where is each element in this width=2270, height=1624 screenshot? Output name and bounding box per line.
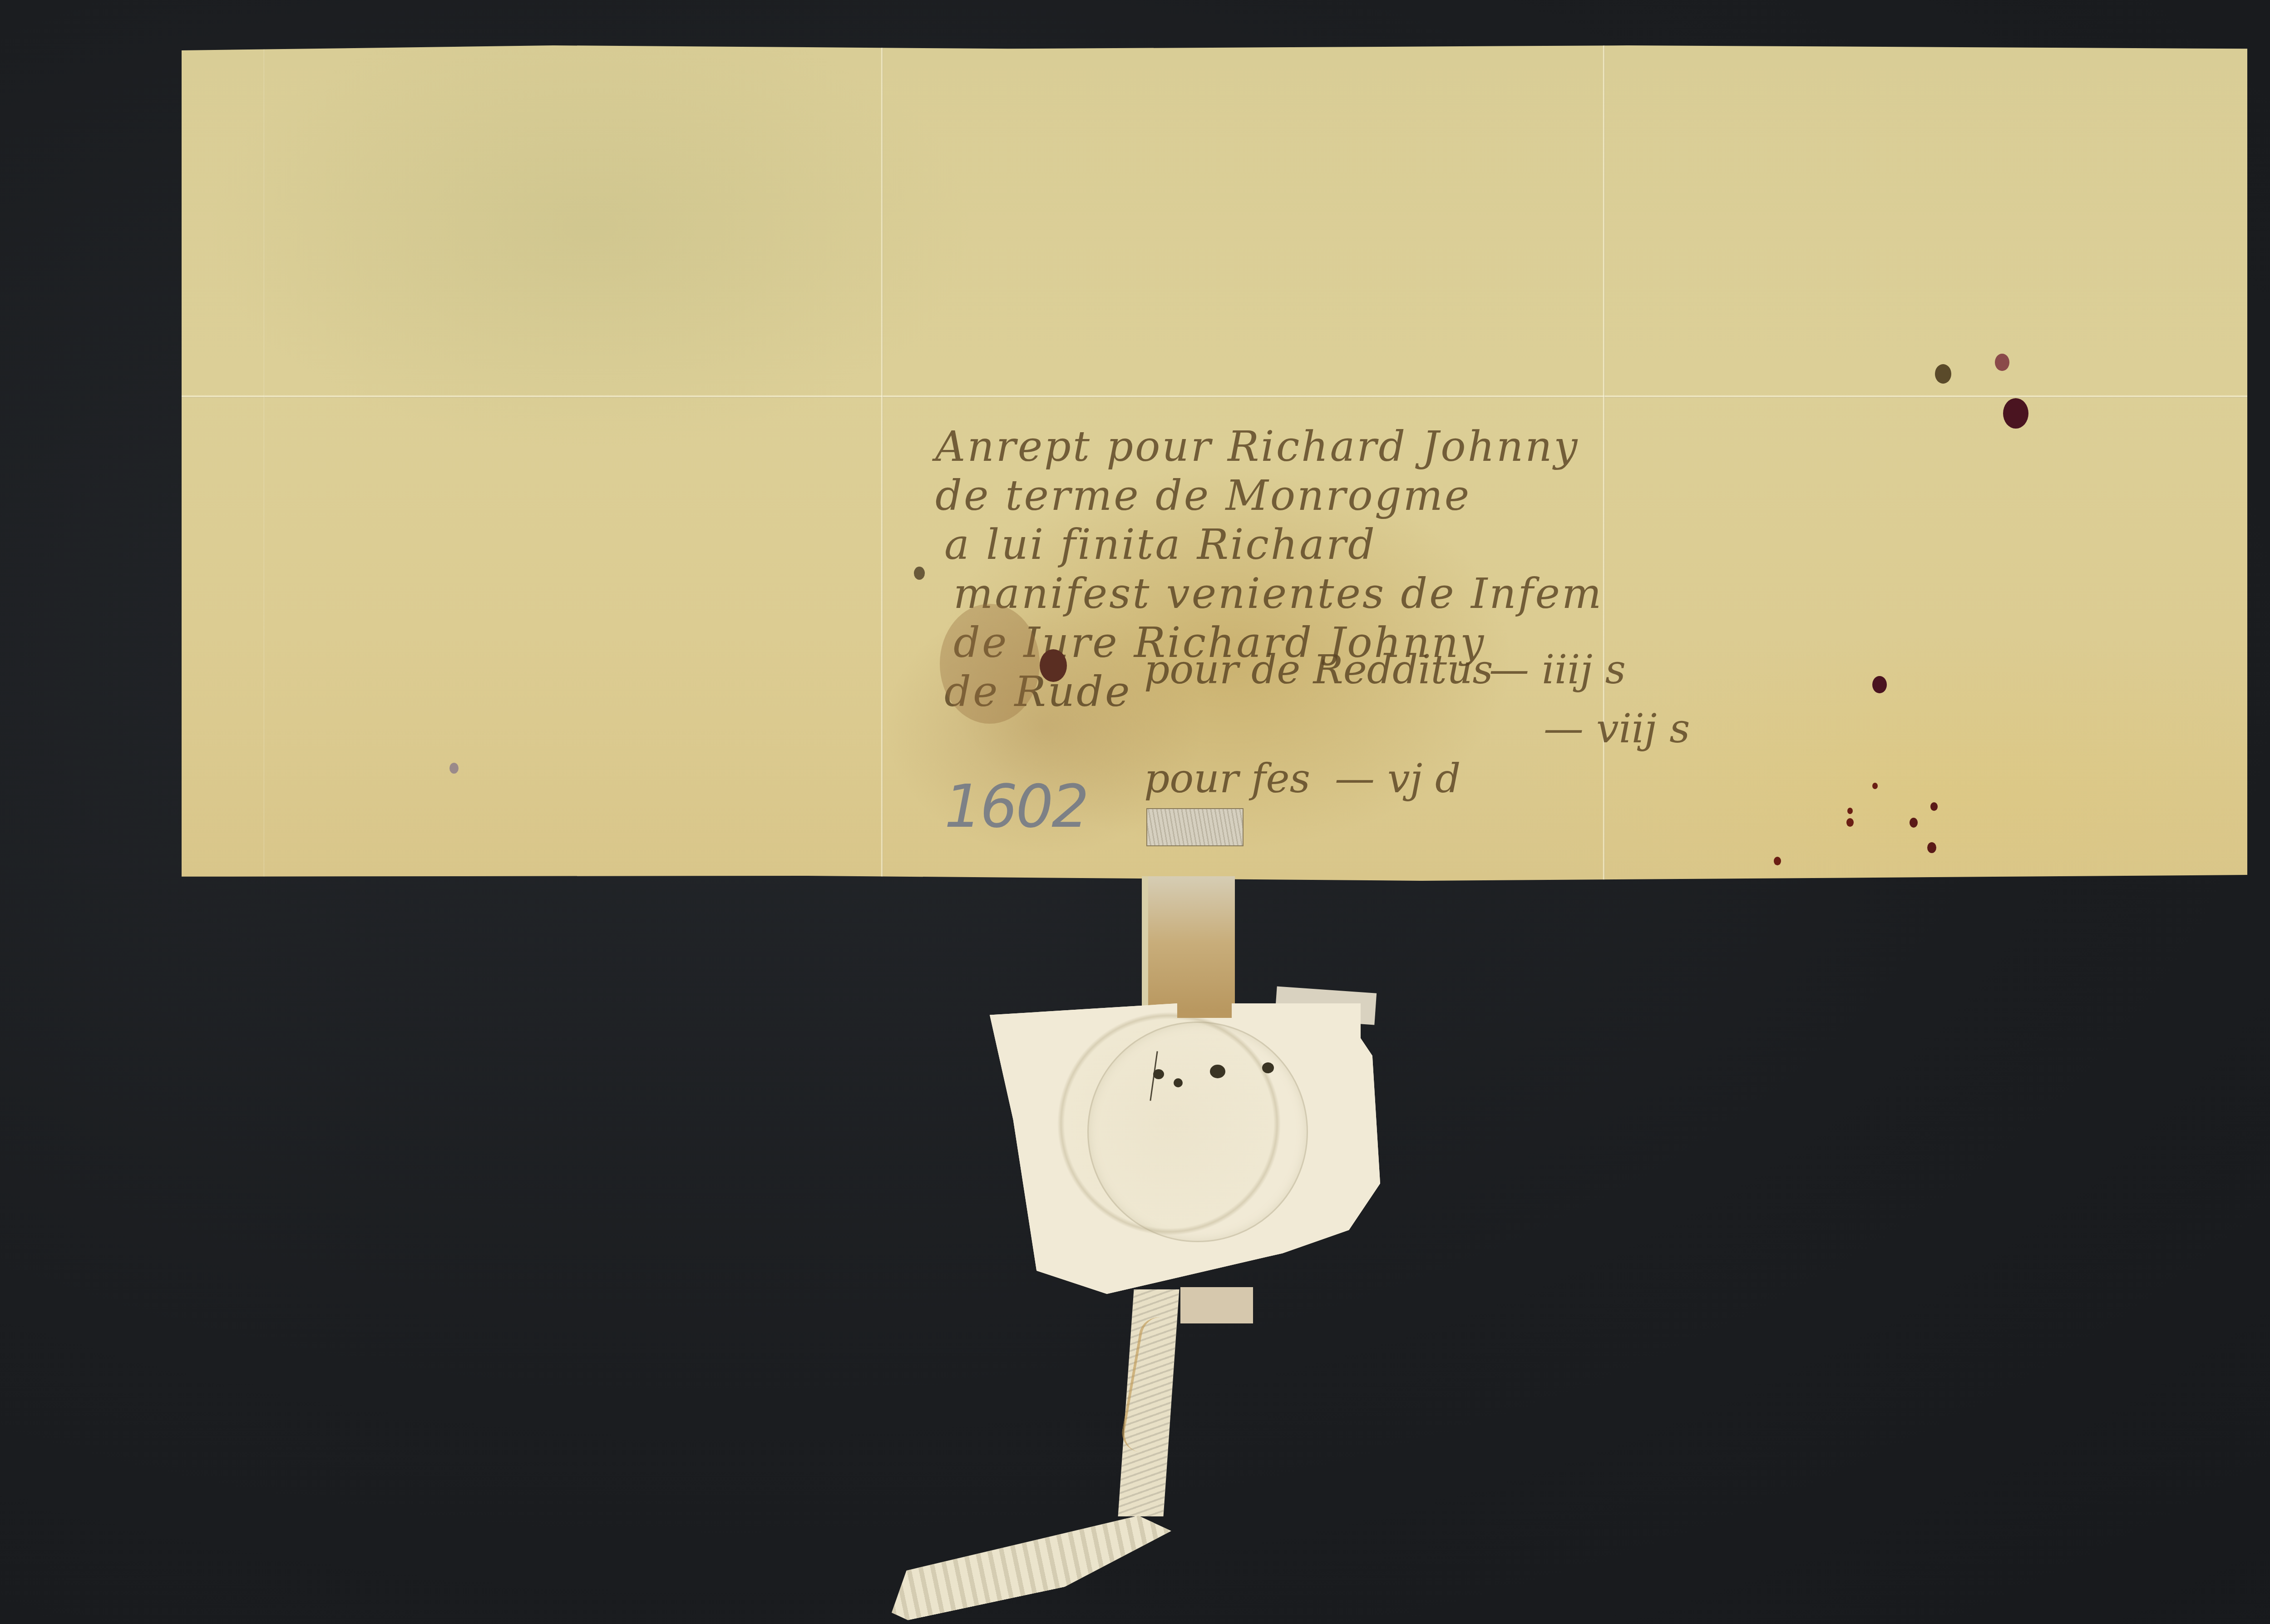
- stain-spot: [1927, 842, 1936, 853]
- seal-strap-end: [1180, 1287, 1253, 1323]
- stain-spot: [1846, 818, 1854, 827]
- account-row: — viij s: [1144, 699, 1493, 749]
- stain-spot: [1847, 808, 1853, 814]
- stain-spot: [1872, 676, 1887, 693]
- account-row: pour fes — vj d: [1144, 749, 1493, 808]
- stain-spot: [1995, 354, 2009, 371]
- pencil-archive-number: 1602: [944, 772, 1087, 841]
- parchment-document: Anrept pour Richard Johnny de terme de M…: [182, 45, 2247, 881]
- seal-hole: [1210, 1065, 1225, 1078]
- account-amount: — iiij s: [1489, 640, 1626, 699]
- account-label: pour de Redditus: [1144, 646, 1493, 693]
- stain-spot: [1910, 818, 1918, 828]
- account-amount: — vj d: [1335, 749, 1461, 808]
- account-amount: — viij s: [1544, 699, 1690, 758]
- stain-spot: [1872, 783, 1878, 789]
- faint-fold-line: [263, 45, 265, 881]
- seal-hole: [1262, 1062, 1274, 1073]
- endorsement-line: Anrept pour Richard Johnny: [935, 422, 1616, 471]
- endorsement-line: de terme de Monrogme: [935, 471, 1616, 520]
- endorsement-line: a lui finita Richard: [944, 520, 1616, 569]
- account-label: pour fes: [1144, 755, 1310, 802]
- stain-spot: [914, 567, 925, 580]
- seal-hole: [1174, 1078, 1183, 1087]
- stain-spot: [1040, 649, 1067, 682]
- seal-impression: [1087, 1022, 1308, 1242]
- endorsement-line: manifest venientes de Infem: [953, 569, 1616, 618]
- horizontal-fold-line: [182, 395, 2247, 398]
- stain-spot: [449, 763, 459, 774]
- stain-spot: [1774, 857, 1781, 865]
- stain-spot: [940, 604, 1040, 724]
- stain-spot: [1930, 802, 1938, 811]
- seal-hole: [1153, 1069, 1164, 1079]
- account-row: pour de Redditus — iiij s: [1144, 640, 1493, 699]
- seal-tag-slot: [1146, 808, 1244, 846]
- stain-spot: [2003, 398, 2028, 429]
- stain-spot: [1935, 364, 1951, 384]
- vertical-fold-line-left: [881, 45, 883, 881]
- handwritten-accounts: pour de Redditus — iiij s — viij s pour …: [1144, 640, 1493, 808]
